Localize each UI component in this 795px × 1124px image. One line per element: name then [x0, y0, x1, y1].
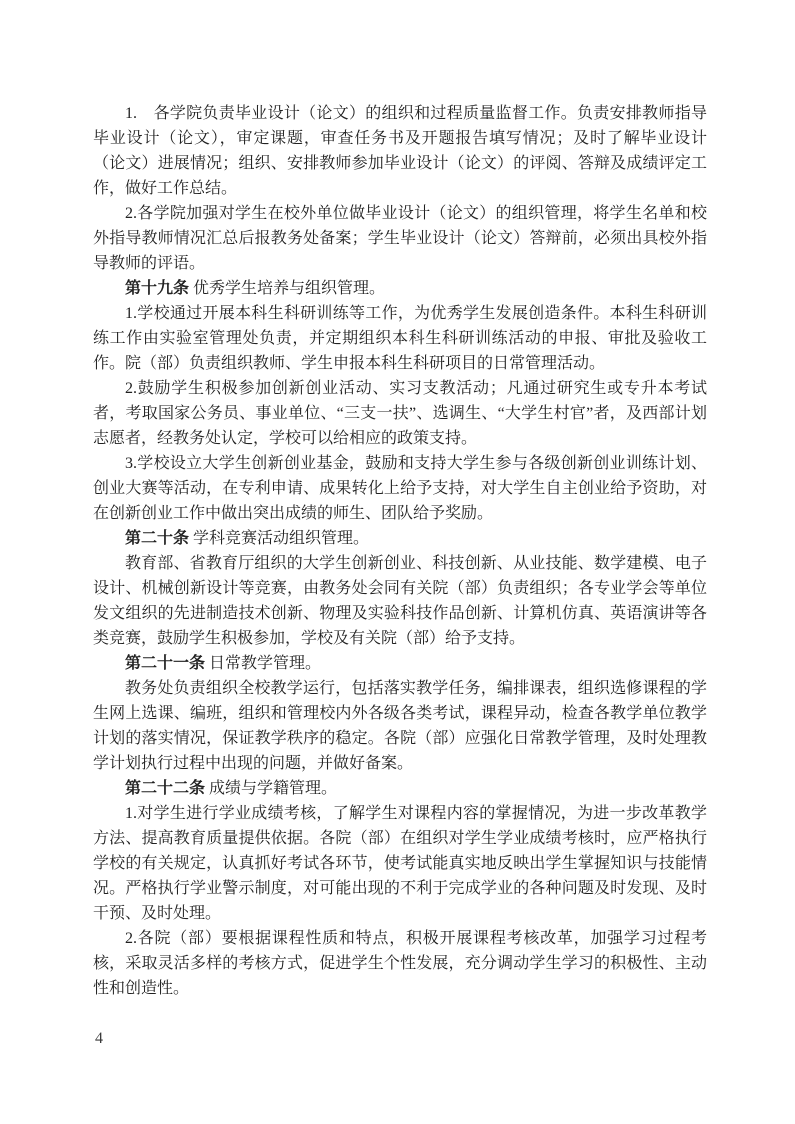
- paragraph: 教务处负责组织全校教学运行，包括落实教学任务，编排课表，组织选修课程的学生网上选…: [93, 676, 707, 776]
- document-page: 1. 各学院负责毕业设计（论文）的组织和过程质量监督工作。负责安排教师指导毕业设…: [0, 0, 795, 1124]
- paragraph: 教育部、省教育厅组织的大学生创新创业、科技创新、从业技能、数学建模、电子设计、机…: [93, 551, 707, 651]
- article-heading: 第二十条 学科竞赛活动组织管理。: [93, 526, 707, 551]
- paragraph: 3.学校设立大学生创新创业基金，鼓励和支持大学生参与各级创新创业训练计划、创业大…: [93, 451, 707, 526]
- paragraph: 2.各学院加强对学生在校外单位做毕业设计（论文）的组织管理，将学生名单和校外指导…: [93, 201, 707, 276]
- article-number: 第二十二条: [125, 780, 205, 797]
- paragraph: 2.鼓励学生积极参加创新创业活动、实习支教活动；凡通过研究生或专升本考试者，考取…: [93, 376, 707, 451]
- document-body: 1. 各学院负责毕业设计（论文）的组织和过程质量监督工作。负责安排教师指导毕业设…: [93, 101, 707, 1001]
- paragraph: 2.各院（部）要根据课程性质和特点，积极开展课程考核改革，加强学习过程考核，采取…: [93, 926, 707, 1001]
- paragraph: 1.学校通过开展本科生科研训练等工作，为优秀学生发展创造条件。本科生科研训练工作…: [93, 301, 707, 376]
- paragraph: 1.对学生进行学业成绩考核，了解学生对课程内容的掌握情况，为进一步改革教学方法、…: [93, 801, 707, 926]
- article-heading: 第二十一条 日常教学管理。: [93, 651, 707, 676]
- article-number: 第十九条: [125, 280, 189, 297]
- article-heading: 第十九条 优秀学生培养与组织管理。: [93, 276, 707, 301]
- article-heading: 第二十二条 成绩与学籍管理。: [93, 776, 707, 801]
- page-number: 4: [95, 1026, 103, 1051]
- paragraph: 1. 各学院负责毕业设计（论文）的组织和过程质量监督工作。负责安排教师指导毕业设…: [93, 101, 707, 201]
- article-number: 第二十条: [125, 530, 189, 547]
- article-number: 第二十一条: [125, 655, 205, 672]
